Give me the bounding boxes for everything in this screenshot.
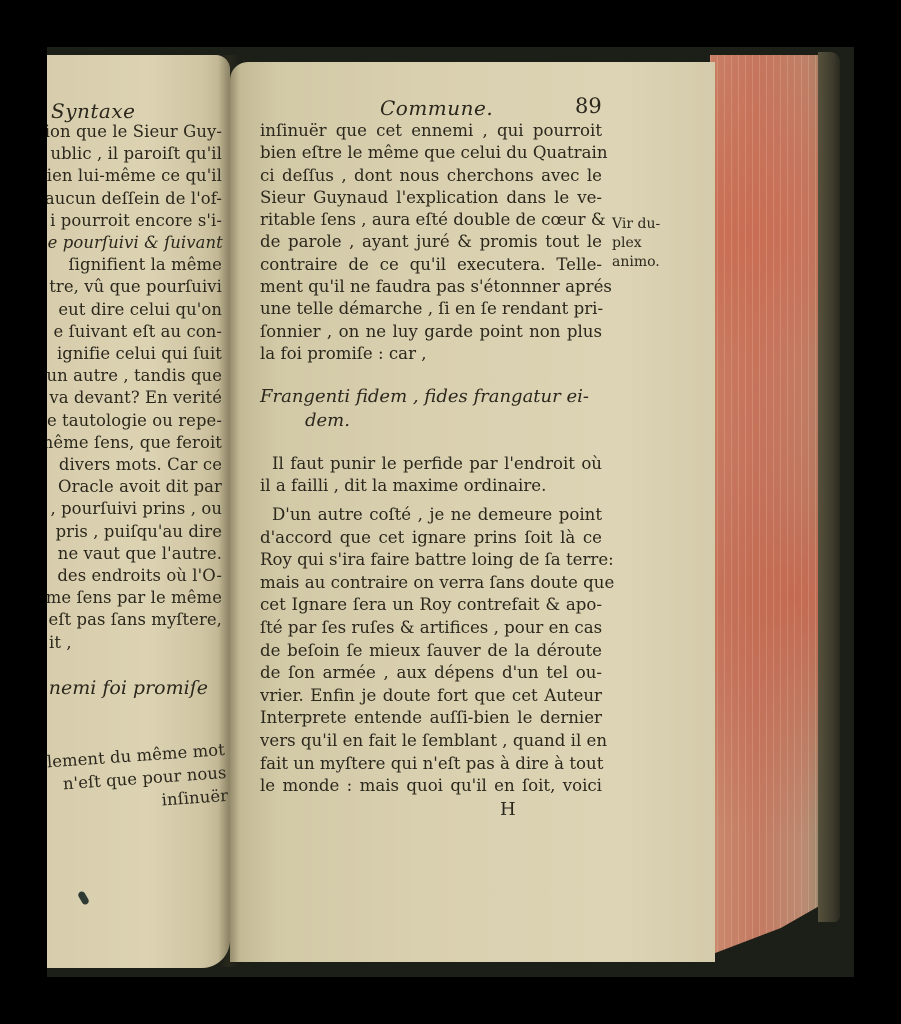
text-line: le monde : mais quoi qu'il en ſoit, voic… [260,775,602,798]
left-running-head: Syntaxe [51,99,135,123]
text-line: ſonnier , on ne luy garde point non plus [260,321,602,343]
marginal-note: Vir du- plex animo. [612,215,660,272]
text-line: Sieur Guynaud l'explication dans le ve- [260,187,602,209]
text-line: va devant? En verité [47,387,222,409]
text-line: contraire de ce qu'il executera. Telle- [260,254,602,276]
quote-line: Frangenti fidem , fides frangatur ei- [260,385,602,409]
body-paragraph: inſinuër que cet ennemi , qui pourroit b… [260,120,602,365]
text-line: des endroits où l'O- [47,565,222,587]
text-line: eſt pas ſans myſtere, [47,609,222,631]
left-page-text: ion que le Sieur Guy- ublic , il paroiſt… [47,121,222,654]
text-line: divers mots. Car ce [47,454,222,476]
text-line: fait un myſtere qui n'eſt pas à dire à t… [260,753,602,776]
text-line: une telle démarche , ſi en ſe rendant pr… [260,298,602,320]
left-page: Syntaxe ion que le Sieur Guy- ublic , il… [47,55,230,968]
left-page-tail-text: lement du même mot n'eſt que pour nous i… [47,738,229,821]
page-number: 89 [575,94,602,118]
book-cover-edge [818,52,840,922]
text-line: un autre , tandis que [47,365,222,387]
text-line: vrier. Enfin je doute fort que cet Auteu… [260,685,602,708]
text-line: D'un autre coſté , je ne demeure point [260,504,602,527]
text-line: ment qu'il ne faudra pas s'étonnner apré… [260,276,602,298]
maxim-paragraph: Il faut punir le perfide par l'endroit o… [260,453,602,498]
text-line: ne vaut que l'autre. [47,543,222,565]
text-line: de ſon armée , aux dépens d'un tel ou- [260,662,602,685]
text-line: de parole , ayant juré & promis tout le [260,231,602,253]
marginal-note-line: plex [612,234,660,253]
text-line: e ſuivant eſt au con- [47,321,222,343]
latin-quotation: Frangenti fidem , fides frangatur ei- de… [260,385,602,433]
text-line: la foi promiſe : car , [260,343,602,365]
text-line: Il faut punir le perfide par l'endroit o… [260,453,602,475]
right-running-head: Commune. [380,96,493,120]
text-line: aucun deſſein de l'of- [47,188,222,210]
text-line: ſté par ſes ruſes & artifices , pour en … [260,617,602,640]
text-line: tre, vû que pourſuivi [47,276,222,298]
right-page: Commune. 89 inſinuër que cet ennemi , qu… [230,62,715,962]
text-line: ritable ſens , aura eſté double de cœur … [260,209,602,231]
book-gutter [218,55,240,967]
text-line: Roy qui s'ira faire battre loing de ſa t… [260,549,602,572]
signature-mark: H [500,799,516,820]
ink-smudge [77,890,90,906]
text-line: Interprete entende auſſi-bien le dernier [260,707,602,730]
marginal-note-line: Vir du- [612,215,660,234]
text-line: Oracle avoit dit par [47,476,222,498]
left-section-heading: nemi foi promiſe [49,677,208,699]
text-line: i pourroit encore s'i- [47,210,222,232]
text-line: d'accord que cet ignare prins ſoit là ce [260,527,602,550]
marginal-note-line: animo. [612,253,660,272]
sprinkled-fore-edge [710,55,828,955]
text-line: bien eſtre le même que celui du Quatrain [260,142,602,164]
text-line: me ſens par le même [47,587,222,609]
text-line: vers qu'il en fait le ſemblant , quand i… [260,730,602,753]
text-line: inſinuër que cet ennemi , qui pourroit [260,120,602,142]
text-line: ſignifient la même [47,254,222,276]
text-line: re tautologie ou repe- [47,410,222,432]
text-line: ci deſſus , dont nous cherchons avec le [260,165,602,187]
quote-line: dem. [260,409,602,433]
text-line: ignifie celui qui ſuit [47,343,222,365]
text-line: pris , puiſqu'au dire [47,521,222,543]
text-line: ion que le Sieur Guy- [47,121,222,143]
text-line: mais au contraire on verra ſans doute qu… [260,572,602,595]
text-line: ublic , il paroiſt qu'il [47,143,222,165]
text-line: i , pourſuivi prins , ou [47,498,222,520]
text-line: eut dire celui qu'on [47,299,222,321]
body-paragraph-2: D'un autre coſté , je ne demeure point d… [260,504,602,798]
text-line: de beſoin ſe mieux ſauver de la déroute [260,640,602,663]
text-line: même ſens, que feroit [47,432,222,454]
text-line: il a failli , dit la maxime ordinaire. [260,475,602,497]
text-line: ien lui-même ce qu'il [47,165,222,187]
text-line: it , [47,632,222,654]
text-line: ue pourſuivi & ſuivant [47,232,222,254]
text-line: cet Ignare ſera un Roy contrefait & apo- [260,594,602,617]
